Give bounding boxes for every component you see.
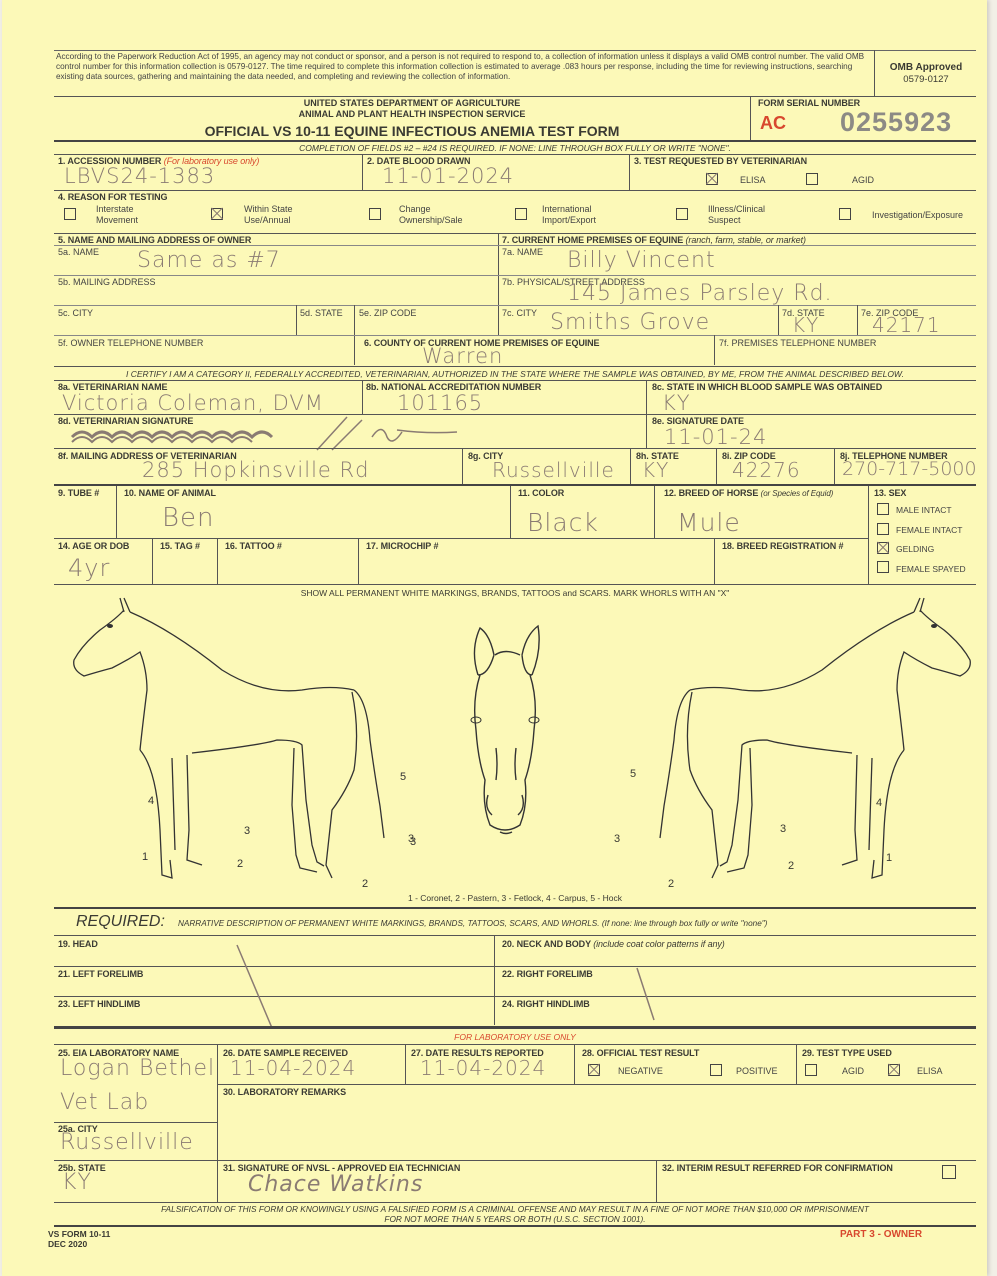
- state-obtained-value[interactable]: KY: [662, 391, 691, 415]
- sex-male-intact-label: MALE INTACT: [896, 505, 952, 516]
- form-title: OFFICIAL VS 10-11 EQUINE INFECTIOUS ANEM…: [162, 123, 662, 139]
- sex-female-intact-label: FEMALE INTACT: [896, 525, 962, 536]
- divider: [714, 538, 715, 584]
- interim-checkbox[interactable]: [942, 1165, 956, 1179]
- elisa-requested-label: ELISA: [740, 175, 766, 186]
- divider: [54, 538, 868, 539]
- horse-left-side-diagram[interactable]: 1 2 2 3 3 4 5: [62, 590, 442, 890]
- lab-use-banner: FOR LABORATORY USE ONLY: [54, 1032, 976, 1042]
- divider: [217, 1084, 976, 1085]
- divider: [54, 154, 976, 155]
- none-strike-right: [632, 965, 662, 1025]
- divider: [54, 305, 976, 306]
- divider: [656, 1160, 657, 1202]
- test-type-elisa-checkbox[interactable]: [888, 1064, 900, 1076]
- divider: [750, 96, 751, 140]
- sig-date-value[interactable]: 11-01-24: [664, 425, 767, 449]
- owner-section-label: 5. NAME AND MAILING ADDRESS OF OWNER: [58, 235, 251, 245]
- owner-zip-label: 5e. ZIP CODE: [359, 308, 416, 318]
- neck-body-label: 20. NECK AND BODY (include coat color pa…: [502, 939, 725, 949]
- divider: [54, 484, 976, 486]
- owner-phone-label: 5f. OWNER TELEPHONE NUMBER: [58, 338, 203, 348]
- age-value[interactable]: 4yr: [68, 554, 110, 582]
- svg-text:4: 4: [148, 795, 154, 807]
- omb-number: 0579-0127: [876, 74, 976, 85]
- left-hindlimb-label: 23. LEFT HINDLIMB: [58, 999, 140, 1009]
- animal-name-label: 10. NAME OF ANIMAL: [124, 488, 216, 498]
- reason-illness-checkbox[interactable]: [676, 208, 688, 220]
- divider: [54, 1202, 976, 1203]
- right-horse-label-4: 4: [876, 797, 882, 809]
- owner-name-value[interactable]: Same as #7: [137, 248, 281, 273]
- premises-section-label: 7. CURRENT HOME PREMISES OF EQUINE (ranc…: [502, 235, 806, 245]
- divider: [54, 190, 976, 191]
- right-hindlimb-label: 24. RIGHT HINDLIMB: [502, 999, 590, 1009]
- tattoo-label: 16. TATTOO #: [225, 541, 282, 551]
- test-type-label: 29. TEST TYPE USED: [802, 1048, 892, 1058]
- premises-phone-label: 7f. PREMISES TELEPHONE NUMBER: [719, 338, 876, 348]
- divider: [54, 966, 976, 967]
- county-value[interactable]: Warren: [422, 344, 503, 368]
- serial-prefix: AC: [760, 113, 786, 134]
- test-type-elisa-label: ELISA: [917, 1066, 943, 1077]
- vet-city-value[interactable]: Russellville: [492, 458, 615, 482]
- test-type-agid-checkbox[interactable]: [805, 1064, 817, 1076]
- divider: [54, 140, 976, 142]
- reason-change-ownership-checkbox[interactable]: [369, 208, 381, 220]
- reason-within-state-label: Within StateUse/Annual: [244, 204, 293, 226]
- service: ANIMAL AND PLANT HEALTH INSPECTION SERVI…: [162, 109, 662, 119]
- result-negative-checkbox[interactable]: [588, 1064, 600, 1076]
- head-label-3-left: 3: [408, 833, 414, 845]
- divider: [54, 96, 976, 97]
- right-horse-label-2a: 2: [788, 860, 794, 872]
- divider: [54, 907, 976, 909]
- reason-label: 4. REASON FOR TESTING: [58, 192, 167, 202]
- head-label: 19. HEAD: [58, 939, 98, 949]
- svg-text:3: 3: [244, 825, 250, 837]
- divider: [54, 996, 976, 997]
- owner-name-label: 5a. NAME: [58, 247, 99, 257]
- breed-value[interactable]: Mule: [677, 508, 741, 537]
- sex-gelding-checkbox[interactable]: [877, 542, 889, 554]
- divider: [54, 1225, 976, 1227]
- divider: [796, 1044, 797, 1084]
- divider: [54, 335, 976, 336]
- divider: [874, 50, 875, 96]
- horse-head-front-diagram[interactable]: [460, 620, 550, 850]
- svg-text:2: 2: [237, 858, 243, 870]
- microchip-label: 17. MICROCHIP #: [366, 541, 438, 551]
- omb-label: OMB Approved: [876, 62, 976, 73]
- vet-signature[interactable]: [62, 412, 482, 452]
- part-label: PART 3 - OWNER: [840, 1229, 922, 1240]
- divider: [296, 305, 297, 335]
- agid-requested-checkbox[interactable]: [806, 173, 818, 185]
- divider: [54, 584, 976, 585]
- divider: [716, 448, 717, 484]
- completion-note: COMPLETION OF FIELDS #2 – #24 IS REQUIRE…: [54, 143, 976, 153]
- divider: [405, 1044, 406, 1084]
- diagram-legend: 1 - Coronet, 2 - Pastern, 3 - Fetlock, 4…: [54, 893, 976, 903]
- reason-within-state-checkbox[interactable]: [211, 208, 223, 220]
- divider: [510, 486, 511, 538]
- reason-interstate-checkbox[interactable]: [64, 208, 76, 220]
- divider: [778, 305, 779, 335]
- sex-male-intact-checkbox[interactable]: [877, 503, 889, 515]
- divider: [54, 1160, 976, 1161]
- none-strike-left: [232, 940, 282, 1030]
- sex-gelding-label: GELDING: [896, 544, 934, 555]
- reported-value[interactable]: 11-04-2024: [420, 1056, 546, 1080]
- reason-investigation-checkbox[interactable]: [839, 208, 851, 220]
- lab-state-value[interactable]: KY: [62, 1170, 92, 1195]
- divider: [217, 1044, 218, 1202]
- premises-city-value[interactable]: Smiths Grove: [550, 310, 710, 335]
- divider: [54, 380, 976, 381]
- divider: [54, 1026, 976, 1029]
- divider: [494, 935, 495, 1025]
- vet-zip-value[interactable]: 42276: [732, 458, 801, 482]
- divider: [654, 486, 655, 538]
- premises-city-label: 7c. CITY: [502, 308, 537, 318]
- registration-label: 18. BREED REGISTRATION #: [722, 541, 843, 551]
- technician-signature[interactable]: Chace Watkins: [248, 1172, 423, 1197]
- divider: [498, 233, 499, 335]
- divider: [358, 538, 359, 584]
- right-horse-label-3: 3: [780, 823, 786, 835]
- divider: [54, 245, 976, 246]
- svg-text:2: 2: [362, 878, 368, 890]
- breed-label: 12. BREED OF HORSE (or Species of Equid): [664, 488, 833, 498]
- divider: [362, 154, 363, 190]
- vet-address-value[interactable]: 285 Hopkinsville Rd: [142, 458, 369, 482]
- divider: [714, 335, 715, 365]
- divider: [54, 275, 976, 276]
- reason-interstate-label: InterstateMovement: [96, 204, 138, 226]
- owner-city-label: 5c. CITY: [58, 308, 93, 318]
- form-page: According to the Paperwork Reduction Act…: [2, 0, 987, 1276]
- vet-phone-value[interactable]: 270-717-5000: [842, 458, 977, 480]
- reason-international-checkbox[interactable]: [515, 208, 527, 220]
- divider: [152, 538, 153, 584]
- paperwork-notice: According to the Paperwork Reduction Act…: [56, 52, 866, 82]
- remarks-label: 30. LABORATORY REMARKS: [223, 1087, 346, 1097]
- divider: [462, 448, 463, 484]
- right-horse-label-5: 5: [630, 768, 636, 780]
- date-drawn-value[interactable]: 11-01-2024: [382, 164, 514, 188]
- divider: [574, 1044, 575, 1084]
- divider: [362, 380, 363, 414]
- right-horse-label-1: 1: [886, 852, 892, 864]
- serial-number: 0255923: [840, 107, 952, 138]
- divider: [834, 448, 835, 484]
- divider: [868, 486, 869, 584]
- divider: [54, 1122, 217, 1123]
- elisa-requested-checkbox[interactable]: [706, 173, 718, 185]
- required-label: REQUIRED:: [76, 913, 165, 931]
- divider: [54, 366, 976, 367]
- animal-name-value[interactable]: Ben: [162, 503, 215, 533]
- tube-label: 9. TUBE #: [58, 488, 99, 498]
- divider: [116, 486, 117, 538]
- premises-name-value[interactable]: Billy Vincent: [567, 248, 716, 273]
- vet-state-value[interactable]: KY: [642, 458, 669, 482]
- right-horse-label-2b: 2: [668, 878, 674, 890]
- form-id: VS FORM 10-11DEC 2020: [48, 1229, 110, 1249]
- divider: [54, 448, 976, 449]
- premises-address-value[interactable]: 145 James Parsley Rd.: [567, 281, 833, 306]
- result-positive-label: POSITIVE: [736, 1066, 778, 1077]
- reason-change-ownership-label: ChangeOwnership/Sale: [399, 204, 463, 226]
- lab-name-line2[interactable]: Vet Lab: [60, 1090, 149, 1115]
- reason-international-label: InternationalImport/Export: [542, 204, 596, 226]
- divider: [630, 448, 631, 484]
- color-label: 11. COLOR: [518, 488, 564, 498]
- divider: [54, 935, 976, 936]
- lab-name-line1[interactable]: Logan Bethel: [60, 1056, 215, 1081]
- agid-requested-label: AGID: [852, 175, 874, 186]
- test-type-agid-label: AGID: [842, 1066, 864, 1077]
- sex-female-intact-checkbox[interactable]: [877, 523, 889, 535]
- premises-zip-value[interactable]: 42171: [872, 313, 941, 337]
- premises-state-value[interactable]: KY: [792, 313, 819, 337]
- color-value[interactable]: Black: [527, 508, 599, 537]
- lab-city-value[interactable]: Russellville: [60, 1130, 194, 1155]
- divider: [54, 233, 976, 234]
- certification-statement: I CERTIFY I AM A CATEGORY II, FEDERALLY …: [54, 369, 976, 379]
- left-forelimb-label: 21. LEFT FORELIMB: [58, 969, 143, 979]
- premises-name-label: 7a. NAME: [502, 247, 543, 257]
- svg-text:5: 5: [400, 771, 406, 783]
- reason-investigation-label: Investigation/Exposure: [872, 210, 963, 221]
- divider: [857, 305, 858, 335]
- sex-label: 13. SEX: [874, 488, 906, 498]
- reason-illness-label: Illness/ClinicalSuspect: [708, 204, 765, 226]
- falsification-warning: FALSIFICATION OF THIS FORM OR KNOWINGLY …: [54, 1204, 976, 1224]
- divider: [54, 1044, 976, 1045]
- label-coronet: 1: [142, 851, 148, 863]
- result-positive-checkbox[interactable]: [710, 1064, 722, 1076]
- department: UNITED STATES DEPARTMENT OF AGRICULTURE: [162, 98, 662, 108]
- test-requested-label: 3. TEST REQUESTED BY VETERINARIAN: [634, 156, 807, 166]
- accession-value[interactable]: LBVS24-1383: [64, 164, 215, 188]
- owner-state-label: 5d. STATE: [300, 308, 343, 318]
- age-label: 14. AGE OR DOB: [58, 541, 129, 551]
- sex-female-spayed-checkbox[interactable]: [877, 561, 889, 573]
- right-forelimb-label: 22. RIGHT FORELIMB: [502, 969, 593, 979]
- divider: [629, 154, 630, 190]
- top-rule: [54, 50, 976, 51]
- sex-female-spayed-label: FEMALE SPAYED: [896, 564, 966, 575]
- interim-label: 32. INTERIM RESULT REFERRED FOR CONFIRMA…: [662, 1163, 893, 1173]
- owner-address-label: 5b. MAILING ADDRESS: [58, 277, 156, 287]
- result-negative-label: NEGATIVE: [618, 1066, 663, 1077]
- horse-right-side-diagram[interactable]: [602, 590, 982, 890]
- divider: [217, 538, 218, 584]
- result-label: 28. OFFICIAL TEST RESULT: [582, 1048, 699, 1058]
- narrative-description: NARRATIVE DESCRIPTION OF PERMANENT WHITE…: [178, 919, 767, 928]
- tag-label: 15. TAG #: [160, 541, 200, 551]
- received-value[interactable]: 11-04-2024: [230, 1056, 356, 1080]
